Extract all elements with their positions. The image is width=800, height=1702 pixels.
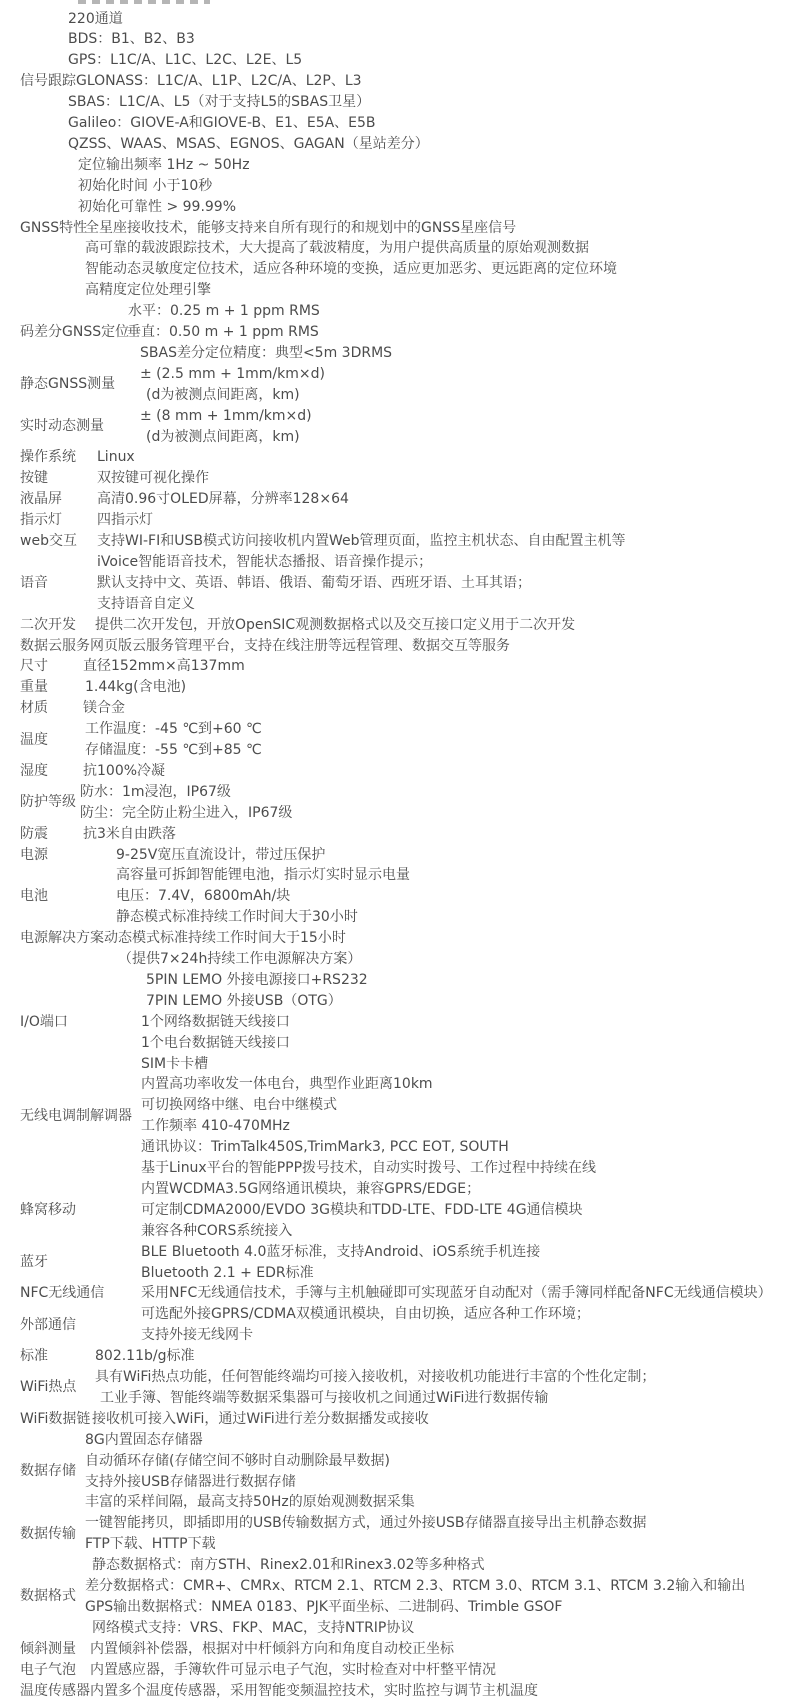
spec-row-value: BLE Bluetooth 4.0蓝牙标准，支持Android、iOS系统手机连…: [141, 1242, 540, 1263]
spec-row-label: 液晶屏: [20, 489, 62, 510]
spec-row-label: 按键: [20, 468, 48, 489]
spec-row-label: 温度传感器: [20, 1681, 90, 1702]
spec-row-label: 湿度: [20, 761, 48, 782]
spec-row-value: 垂直：0.50 m + 1 ppm RMS: [127, 322, 319, 343]
spec-line: 二次开发提供二次开发包，开放OpenSIC观测数据格式以及交互接口定义用于二次开…: [0, 615, 800, 636]
spec-line: 兼容各种CORS系统接入: [0, 1221, 800, 1242]
spec-row-value: 静态模式标准持续工作时间大于30小时: [116, 907, 358, 928]
spec-row-value: 防尘：完全防止粉尘进入，IP67级: [80, 803, 292, 824]
spec-line: 尺寸直径152mm×高137mm: [0, 656, 800, 677]
spec-row-value: 差分数据格式：CMR+、CMRx、RTCM 2.1、RTCM 2.3、RTCM …: [85, 1576, 745, 1597]
spec-row-label: 操作系统: [20, 447, 76, 468]
spec-line: 语音默认支持中文、英语、韩语、俄语、葡萄牙语、西班牙语、土耳其语；: [0, 573, 800, 594]
spec-line: NFC无线通信采用NFC无线通信技术，手簿与主机触碰即可实现蓝牙自动配对（需手簿…: [0, 1283, 800, 1304]
spec-row-value: 工作温度：-45 ℃到+60 ℃: [85, 719, 262, 740]
spec-row-label: web交互: [20, 531, 77, 552]
spec-row-value: 内置倾斜补偿器，根据对中杆倾斜方向和角度自动校正坐标: [90, 1639, 454, 1660]
spec-row-value: SBAS：L1C/A、L5（对于支持L5的SBAS卫星）: [68, 92, 370, 113]
spec-line: 码差分GNSS定位垂直：0.50 m + 1 ppm RMS: [0, 322, 800, 343]
spec-line: 高精度定位处理引擎: [0, 280, 800, 301]
spec-row-value: 工业手簿、智能终端等数据采集器可与接收机之间通过WiFi进行数据传输: [100, 1388, 548, 1409]
spec-line: 工业手簿、智能终端等数据采集器可与接收机之间通过WiFi进行数据传输: [0, 1388, 800, 1409]
spec-row-value: 默认支持中文、英语、韩语、俄语、葡萄牙语、西班牙语、土耳其语；: [97, 573, 531, 594]
spec-line: 静态数据格式：南方STH、Rinex2.01和Rinex3.02等多种格式: [0, 1555, 800, 1576]
spec-row-value: (d为被测点间距离，km): [146, 427, 300, 448]
spec-row-label: 电源解决方案: [20, 928, 104, 949]
spec-line: 液晶屏高清0.96寸OLED屏幕，分辨率128×64: [0, 489, 800, 510]
spec-row-label: WiFi数据链: [20, 1409, 90, 1430]
spec-line: web交互支持WI-FI和USB模式访问接收机内置Web管理页面，监控主机状态、…: [0, 531, 800, 552]
spec-row-value: Bluetooth 2.1 + EDR标准: [141, 1263, 314, 1284]
spec-line: 初始化时间 小于10秒: [0, 176, 800, 197]
spec-line: GPS输出数据格式：NMEA 0183、PJK平面坐标、二进制码、Trimble…: [0, 1597, 800, 1618]
spec-row-value: 存储温度：-55 ℃到+85 ℃: [85, 740, 262, 761]
spec-line: 5PIN LEMO 外接电源接口+RS232: [0, 970, 800, 991]
spec-row-value: 初始化可靠性 > 99.99%: [78, 197, 236, 218]
spec-line: 静态模式标准持续工作时间大于30小时: [0, 907, 800, 928]
spec-line: WiFi数据链接收机可接入WiFi，通过WiFi进行差分数据播发或接收: [0, 1409, 800, 1430]
spec-row-label: WiFi热点: [20, 1367, 76, 1409]
spec-row-value: 具有WiFi热点功能，任何智能终端均可接入接收机，对接收机功能进行丰富的个性化定…: [95, 1367, 655, 1388]
spec-line: 防震抗3米自由跌落: [0, 824, 800, 845]
spec-row-value: 高精度定位处理引擎: [85, 280, 211, 301]
spec-row-value: 抗100%冷凝: [83, 761, 165, 782]
spec-line: 信号跟踪GLONASS：L1C/A、L1P、L2C/A、L2P、L3: [0, 71, 800, 92]
spec-row-value: 802.11b/g标准: [95, 1346, 194, 1367]
spec-row-value: 四指示灯: [97, 510, 153, 531]
spec-line: 自动循环存储(存储空间不够时自动删除最早数据): [0, 1451, 800, 1472]
spec-line: 1个电台数据链天线接口: [0, 1033, 800, 1054]
spec-row-value: 高可靠的载波跟踪技术，大大提高了载波精度，为用户提供高质量的原始观测数据: [85, 238, 589, 259]
spec-row-value: 1个电台数据链天线接口: [141, 1033, 290, 1054]
spec-line: 电压：7.4V，6800mAh/块: [0, 886, 800, 907]
spec-row-value: 工作频率 410-470MHz: [141, 1116, 290, 1137]
spec-row-value: Galileo：GIOVE-A和GIOVE-B、E1、E5A、E5B: [68, 113, 376, 134]
spec-row-value: QZSS、WAAS、MSAS、EGNOS、GAGAN（星站差分）: [68, 134, 429, 155]
clipped-row-top: [78, 0, 210, 4]
spec-row-value: 通讯协议：TrimTalk450S,TrimMark3, PCC EOT, SO…: [141, 1137, 509, 1158]
spec-line: 操作系统Linux: [0, 447, 800, 468]
spec-line: 7PIN LEMO 外接USB（OTG）: [0, 991, 800, 1012]
spec-line: Galileo：GIOVE-A和GIOVE-B、E1、E5A、E5B: [0, 113, 800, 134]
spec-line: BDS：B1、B2、B3: [0, 29, 800, 50]
spec-line: 支持外接USB存储器进行数据存储: [0, 1472, 800, 1493]
spec-line: 电源9-25V宽压直流设计，带过压保护: [0, 845, 800, 866]
spec-line: ± (8 mm + 1mm/km×d): [0, 406, 800, 427]
spec-line: 湿度抗100%冷凝: [0, 761, 800, 782]
spec-row-label: 码差分GNSS定位: [20, 322, 129, 343]
spec-line: 水平：0.25 m + 1 ppm RMS: [0, 301, 800, 322]
spec-line: ± (2.5 mm + 1mm/km×d): [0, 364, 800, 385]
spec-line: （提供7×24h持续工作电源解决方案）: [0, 949, 800, 970]
spec-row-value: 可切换网络中继、电台中继模式: [141, 1095, 337, 1116]
spec-row-value: 一键智能拷贝，即插即用的USB传输数据方式，通过外接USB存储器直接导出主机静态…: [85, 1513, 646, 1534]
spec-line: 高容量可拆卸智能锂电池，指示灯实时显示电量: [0, 865, 800, 886]
spec-line: 内置WCDMA3.5G网络通讯模块，兼容GPRS/EDGE；: [0, 1179, 800, 1200]
spec-line: BLE Bluetooth 4.0蓝牙标准，支持Android、iOS系统手机连…: [0, 1242, 800, 1263]
spec-line: 电子气泡内置感应器，手簿软件可显示电子气泡，实时检查对中杆整平情况: [0, 1660, 800, 1681]
spec-row-value: GLONASS：L1C/A、L1P、L2C/A、L2P、L3: [76, 71, 362, 92]
spec-row-value: 高清0.96寸OLED屏幕，分辨率128×64: [97, 489, 349, 510]
spec-row-value: 高容量可拆卸智能锂电池，指示灯实时显示电量: [116, 865, 410, 886]
spec-row-value: 支持WI-FI和USB模式访问接收机内置Web管理页面，监控主机状态、自由配置主…: [97, 531, 625, 552]
spec-row-value: 9-25V宽压直流设计，带过压保护: [116, 845, 325, 866]
spec-row-value: 电压：7.4V，6800mAh/块: [116, 886, 290, 907]
spec-row-value: 网页版云服务管理平台，支持在线注册等远程管理、数据交互等服务: [90, 636, 510, 657]
spec-row-label: 外部通信: [20, 1304, 76, 1346]
spec-row-value: 基于Linux平台的智能PPP拨号技术，自动实时拨号、工作过程中持续在线: [141, 1158, 596, 1179]
spec-row-value: 抗3米自由跌落: [83, 824, 176, 845]
spec-line: 工作温度：-45 ℃到+60 ℃: [0, 719, 800, 740]
spec-row-label: 静态GNSS测量: [20, 364, 115, 406]
spec-row-value: （提供7×24h持续工作电源解决方案）: [118, 949, 361, 970]
spec-line: 按键双按键可视化操作: [0, 468, 800, 489]
spec-row-label: 无线电调制解调器: [20, 1095, 132, 1137]
spec-line: 支持语音自定义: [0, 594, 800, 615]
spec-line: 数据云服务网页版云服务管理平台，支持在线注册等远程管理、数据交互等服务: [0, 636, 800, 657]
spec-row-label: 标准: [20, 1346, 48, 1367]
spec-row-value: 可定制CDMA2000/EVDO 3G模块和TDD-LTE、FDD-LTE 4G…: [141, 1200, 583, 1221]
spec-row-value: 1个网络数据链天线接口: [141, 1012, 290, 1033]
spec-line: 8G内置固态存储器: [0, 1430, 800, 1451]
spec-row-value: 自动循环存储(存储空间不够时自动删除最早数据): [85, 1451, 390, 1472]
spec-row-value: 提供二次开发包，开放OpenSIC观测数据格式以及交互接口定义用于二次开发: [95, 615, 575, 636]
spec-row-value: 防水：1m浸泡，IP67级: [80, 782, 231, 803]
spec-row-value: ± (2.5 mm + 1mm/km×d): [140, 364, 325, 385]
spec-row-label: 尺寸: [20, 656, 48, 677]
spec-row-value: 镁合金: [83, 698, 125, 719]
spec-row-value: 网络模式支持：VRS、FKP、MAC，支持NTRIP协议: [92, 1618, 414, 1639]
spec-row-value: GPS输出数据格式：NMEA 0183、PJK平面坐标、二进制码、Trimble…: [85, 1597, 562, 1618]
spec-row-label: 信号跟踪: [20, 71, 76, 92]
spec-line: SIM卡卡槽: [0, 1054, 800, 1075]
spec-line: GPS：L1C/A、L1C、L2C、L2E、L5: [0, 50, 800, 71]
spec-line: 具有WiFi热点功能，任何智能终端均可接入接收机，对接收机功能进行丰富的个性化定…: [0, 1367, 800, 1388]
spec-line: QZSS、WAAS、MSAS、EGNOS、GAGAN（星站差分）: [0, 134, 800, 155]
spec-line: iVoice智能语音技术，智能状态播报、语音操作提示；: [0, 552, 800, 573]
spec-line: 电源解决方案动态模式标准持续工作时间大于15小时: [0, 928, 800, 949]
spec-line: 网络模式支持：VRS、FKP、MAC，支持NTRIP协议: [0, 1618, 800, 1639]
spec-row-value: 5PIN LEMO 外接电源接口+RS232: [146, 970, 368, 991]
spec-line: FTP下载、HTTP下载: [0, 1534, 800, 1555]
spec-row-value: GPS：L1C/A、L1C、L2C、L2E、L5: [68, 50, 302, 71]
spec-row-value: 双按键可视化操作: [97, 468, 209, 489]
spec-line: 材质镁合金: [0, 698, 800, 719]
spec-line: 指示灯四指示灯: [0, 510, 800, 531]
spec-row-label: GNSS特性: [20, 218, 87, 239]
spec-line: 防尘：完全防止粉尘进入，IP67级: [0, 803, 800, 824]
spec-row-value: 内置高功率收发一体电台，典型作业距离10km: [141, 1074, 433, 1095]
spec-row-value: 动态模式标准持续工作时间大于15小时: [104, 928, 346, 949]
spec-row-value: 内置多个温度传感器，采用智能变频温控技术，实时监控与调节主机温度: [90, 1681, 538, 1702]
spec-row-label: 二次开发: [20, 615, 76, 636]
spec-document: 220通道BDS：B1、B2、B3GPS：L1C/A、L1C、L2C、L2E、L…: [0, 0, 800, 1702]
spec-row-value: 内置WCDMA3.5G网络通讯模块，兼容GPRS/EDGE；: [141, 1179, 480, 1200]
spec-row-value: 内置感应器，手簿软件可显示电子气泡，实时检查对中杆整平情况: [90, 1660, 496, 1681]
spec-line: 通讯协议：TrimTalk450S,TrimMark3, PCC EOT, SO…: [0, 1137, 800, 1158]
spec-row-label: 防护等级: [20, 782, 76, 824]
spec-row-label: 电池: [20, 865, 48, 928]
spec-row-value: ± (8 mm + 1mm/km×d): [140, 406, 312, 427]
spec-line: 丰富的采样间隔，最高支持50Hz的原始观测数据采集: [0, 1492, 800, 1513]
spec-line: GNSS特性全星座接收技术，能够支持来自所有现行的和规划中的GNSS星座信号: [0, 218, 800, 239]
spec-row-label: NFC无线通信: [20, 1283, 104, 1304]
spec-line: (d为被测点间距离，km): [0, 385, 800, 406]
spec-row-label: 电源: [20, 845, 48, 866]
spec-row-label: 数据云服务: [20, 636, 90, 657]
spec-line: SBAS：L1C/A、L5（对于支持L5的SBAS卫星）: [0, 92, 800, 113]
spec-row-label: 蓝牙: [20, 1242, 48, 1284]
spec-row-value: 1.44kg(含电池): [85, 677, 186, 698]
spec-row-value: 支持语音自定义: [97, 594, 195, 615]
spec-line: SBAS差分定位精度：典型<5m 3DRMS: [0, 343, 800, 364]
spec-row-label: 倾斜测量: [20, 1639, 76, 1660]
spec-line: 防水：1m浸泡，IP67级: [0, 782, 800, 803]
spec-line: 智能动态灵敏度定位技术，适应各种环境的变换，适应更加恶劣、更远距离的定位环境: [0, 259, 800, 280]
spec-row-value: 采用NFC无线通信技术，手簿与主机触碰即可实现蓝牙自动配对（需手簿同样配备NFC…: [141, 1283, 772, 1304]
spec-row-value: 兼容各种CORS系统接入: [141, 1221, 292, 1242]
spec-row-label: 数据存储: [20, 1430, 76, 1514]
spec-row-label: I/O端口: [20, 1012, 68, 1033]
spec-row-label: 重量: [20, 677, 48, 698]
spec-row-value: 接收机可接入WiFi，通过WiFi进行差分数据播发或接收: [92, 1409, 429, 1430]
spec-row-value: Linux: [97, 447, 135, 468]
spec-line: 一键智能拷贝，即插即用的USB传输数据方式，通过外接USB存储器直接导出主机静态…: [0, 1513, 800, 1534]
spec-line: 高可靠的载波跟踪技术，大大提高了载波精度，为用户提供高质量的原始观测数据: [0, 238, 800, 259]
spec-row-label: 实时动态测量: [20, 406, 104, 448]
spec-row-value: 定位输出频率 1Hz ~ 50Hz: [78, 155, 250, 176]
spec-row-label: 指示灯: [20, 510, 62, 531]
spec-line: 存储温度：-55 ℃到+85 ℃: [0, 740, 800, 761]
spec-line: Bluetooth 2.1 + EDR标准: [0, 1263, 800, 1284]
spec-row-value: iVoice智能语音技术，智能状态播报、语音操作提示；: [97, 552, 432, 573]
spec-row-value: 智能动态灵敏度定位技术，适应各种环境的变换，适应更加恶劣、更远距离的定位环境: [85, 259, 617, 280]
spec-row-value: SBAS差分定位精度：典型<5m 3DRMS: [140, 343, 392, 364]
spec-row-value: 可选配外接GPRS/CDMA双模通讯模块，自由切换，适应各种工作环境；: [141, 1304, 590, 1325]
spec-line: 温度传感器内置多个温度传感器，采用智能变频温控技术，实时监控与调节主机温度: [0, 1681, 800, 1702]
spec-row-value: SIM卡卡槽: [141, 1054, 208, 1075]
spec-row-value: 8G内置固态存储器: [85, 1430, 203, 1451]
spec-line: 标准802.11b/g标准: [0, 1346, 800, 1367]
spec-row-label: 蜂窝移动: [20, 1179, 76, 1242]
spec-line: 可定制CDMA2000/EVDO 3G模块和TDD-LTE、FDD-LTE 4G…: [0, 1200, 800, 1221]
spec-row-label: 材质: [20, 698, 48, 719]
spec-line: 内置高功率收发一体电台，典型作业距离10km: [0, 1074, 800, 1095]
spec-row-value: BDS：B1、B2、B3: [68, 29, 195, 50]
spec-row-label: 数据格式: [20, 1576, 76, 1618]
spec-row-label: 电子气泡: [20, 1660, 76, 1681]
spec-line: 差分数据格式：CMR+、CMRx、RTCM 2.1、RTCM 2.3、RTCM …: [0, 1576, 800, 1597]
spec-row-value: (d为被测点间距离，km): [146, 385, 300, 406]
spec-row-value: 支持外接无线网卡: [141, 1325, 253, 1346]
spec-line: 初始化可靠性 > 99.99%: [0, 197, 800, 218]
spec-row-value: 初始化时间 小于10秒: [78, 176, 212, 197]
spec-row-value: FTP下载、HTTP下载: [85, 1534, 216, 1555]
spec-row-value: 全星座接收技术，能够支持来自所有现行的和规划中的GNSS星座信号: [85, 218, 516, 239]
spec-row-value: 丰富的采样间隔，最高支持50Hz的原始观测数据采集: [85, 1492, 415, 1513]
spec-row-label: 语音: [20, 573, 48, 594]
spec-line: 重量1.44kg(含电池): [0, 677, 800, 698]
spec-line: 倾斜测量内置倾斜补偿器，根据对中杆倾斜方向和角度自动校正坐标: [0, 1639, 800, 1660]
spec-line: 220通道: [0, 9, 800, 30]
spec-row-value: 水平：0.25 m + 1 ppm RMS: [128, 301, 320, 322]
spec-row-value: 7PIN LEMO 外接USB（OTG）: [146, 991, 342, 1012]
spec-line: 定位输出频率 1Hz ~ 50Hz: [0, 155, 800, 176]
spec-row-value: 直径152mm×高137mm: [83, 656, 245, 677]
spec-line: 基于Linux平台的智能PPP拨号技术，自动实时拨号、工作过程中持续在线: [0, 1158, 800, 1179]
spec-row-value: 支持外接USB存储器进行数据存储: [85, 1472, 296, 1493]
spec-row-value: 220通道: [68, 9, 123, 30]
spec-line: (d为被测点间距离，km): [0, 427, 800, 448]
spec-row-value: 静态数据格式：南方STH、Rinex2.01和Rinex3.02等多种格式: [92, 1555, 485, 1576]
spec-row-label: 温度: [20, 719, 48, 761]
spec-line: I/O端口1个网络数据链天线接口: [0, 1012, 800, 1033]
spec-row-label: 数据传输: [20, 1513, 76, 1555]
spec-line: 支持外接无线网卡: [0, 1325, 800, 1346]
spec-line: 可选配外接GPRS/CDMA双模通讯模块，自由切换，适应各种工作环境；: [0, 1304, 800, 1325]
spec-row-label: 防震: [20, 824, 48, 845]
